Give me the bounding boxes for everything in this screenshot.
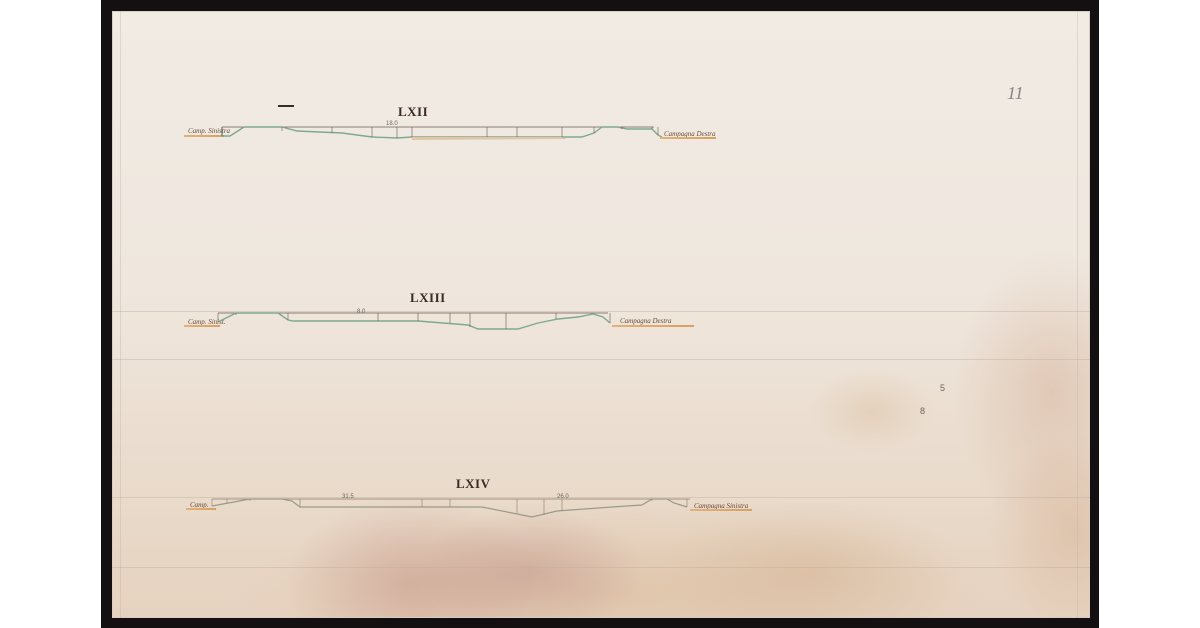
width-value: 31.5 bbox=[342, 494, 354, 500]
right-ground-line bbox=[690, 509, 752, 511]
ink-dash bbox=[278, 105, 294, 107]
right-ground-line bbox=[660, 137, 716, 139]
margin-rule bbox=[120, 11, 121, 618]
margin-rule bbox=[1077, 11, 1078, 618]
ruling-line bbox=[112, 567, 1090, 568]
margin-mark: 5 bbox=[940, 383, 945, 393]
page-number: 11 bbox=[1007, 83, 1024, 104]
width-value: 8.0 bbox=[357, 309, 365, 315]
right-ground-line bbox=[612, 325, 694, 327]
left-ground-line bbox=[184, 325, 220, 327]
width-value-secondary: 26.0 bbox=[557, 494, 569, 500]
cross-section-profile bbox=[212, 491, 712, 531]
left-ground-line bbox=[184, 135, 224, 137]
section-title: LXII bbox=[398, 104, 428, 120]
ruling-line bbox=[112, 359, 1090, 360]
cross-section-profile bbox=[222, 119, 722, 149]
right-bank-label: Campagna Destra bbox=[620, 317, 672, 325]
manuscript-page: 11 LXII Camp. Sinistra 18.0 Campagna Des… bbox=[112, 11, 1090, 618]
width-value: 18.0 bbox=[386, 121, 398, 127]
section-title: LXIV bbox=[456, 476, 491, 492]
margin-mark: 8 bbox=[920, 406, 925, 416]
section-title: LXIII bbox=[410, 290, 446, 306]
